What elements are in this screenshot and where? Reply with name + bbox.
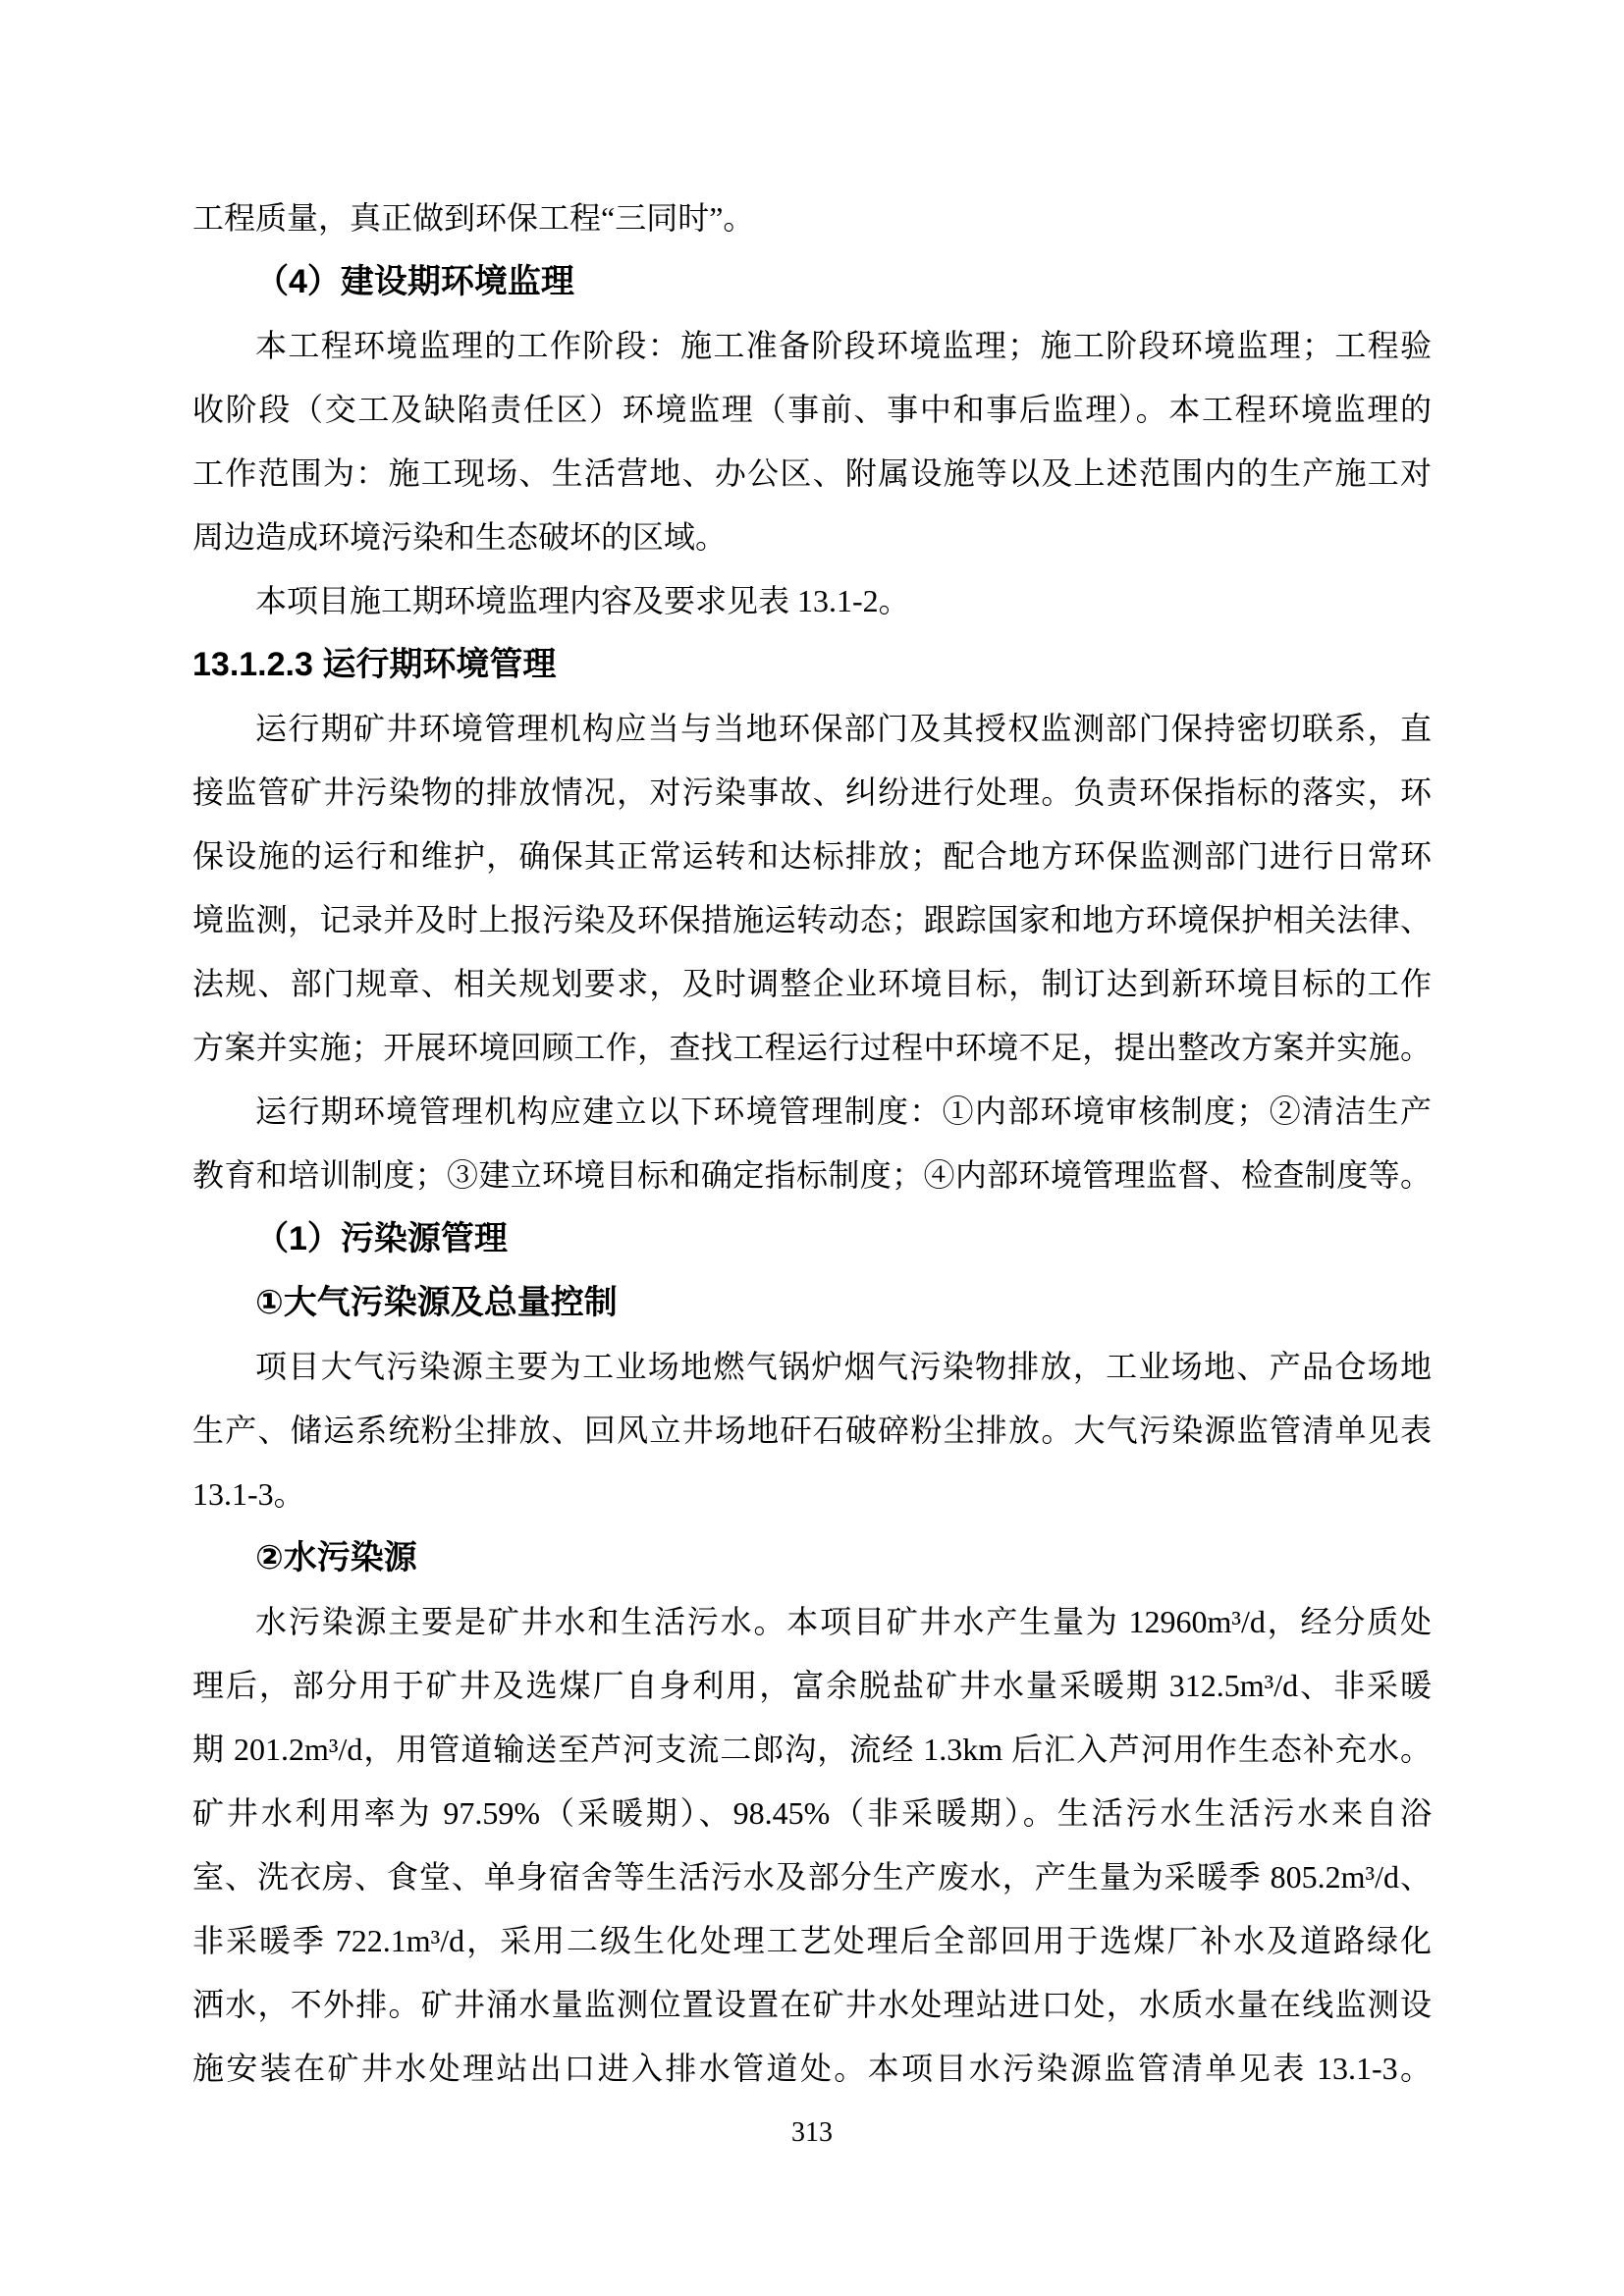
body-line: 洒水，不外排。矿井涌水量监测位置设置在矿井水处理站进口处，水质水量在线监测设 xyxy=(192,1973,1432,2037)
body-line: 接监管矿井污染物的排放情况，对污染事故、纠纷进行处理。负责环保指标的落实，环 xyxy=(192,761,1432,825)
body-line: 保设施的运行和维护，确保其正常运转和达标排放；配合地方环保监测部门进行日常环 xyxy=(192,825,1432,888)
body-line: 运行期环境管理机构应建立以下环境管理制度：①内部环境审核制度；②清洁生产 xyxy=(192,1080,1432,1144)
heading-air-pollution-source: ①大气污染源及总量控制 xyxy=(192,1271,1432,1335)
page-body: 工程质量，真正做到环保工程“三同时”。 （4）建设期环境监理 本工程环境监理的工… xyxy=(192,187,1432,2164)
body-line: 理后，部分用于矿井及选煤厂自身利用，富余脱盐矿井水量采暖期 312.5m³/d、… xyxy=(192,1654,1432,1718)
body-line: 境监测，记录并及时上报污染及环保措施运转动态；跟踪国家和地方环境保护相关法律、 xyxy=(192,888,1432,952)
document-page: 工程质量，真正做到环保工程“三同时”。 （4）建设期环境监理 本工程环境监理的工… xyxy=(0,0,1624,2296)
body-line: 生产、储运系统粉尘排放、回风立井场地矸石破碎粉尘排放。大气污染源监管清单见表 xyxy=(192,1399,1432,1463)
body-line: 期 201.2m³/d，用管道输送至芦河支流二郎沟，流经 1.3km 后汇入芦河… xyxy=(192,1718,1432,1782)
body-line: 本工程环境监理的工作阶段：施工准备阶段环境监理；施工阶段环境监理；工程验 xyxy=(192,314,1432,378)
heading-pollution-source-management: （1）污染源管理 xyxy=(192,1207,1432,1271)
page-number: 313 xyxy=(192,2101,1432,2164)
body-line: 施安装在矿井水处理站出口进入排水管道处。本项目水污染源监管清单见表 13.1-3… xyxy=(192,2037,1432,2101)
body-line: 本项目施工期环境监理内容及要求见表 13.1-2。 xyxy=(192,569,1432,633)
body-line: 室、洗衣房、食堂、单身宿舍等生活污水及部分生产废水，产生量为采暖季 805.2m… xyxy=(192,1845,1432,1909)
body-line: 工程质量，真正做到环保工程“三同时”。 xyxy=(192,187,1432,250)
heading-water-pollution-source: ②水污染源 xyxy=(192,1526,1432,1590)
heading-construction-env-supervision: （4）建设期环境监理 xyxy=(192,250,1432,314)
heading-operation-env-management: 13.1.2.3 运行期环境管理 xyxy=(192,633,1432,697)
body-line: 矿井水利用率为 97.59%（采暖期）、98.45%（非采暖期）。生活污水生活污… xyxy=(192,1782,1432,1845)
body-line: 收阶段（交工及缺陷责任区）环境监理（事前、事中和事后监理）。本工程环境监理的 xyxy=(192,378,1432,442)
body-line: 13.1-3。 xyxy=(192,1463,1432,1526)
body-line: 方案并实施；开展环境回顾工作，查找工程运行过程中环境不足，提出整改方案并实施。 xyxy=(192,1016,1432,1080)
body-line: 非采暖季 722.1m³/d，采用二级生化处理工艺处理后全部回用于选煤厂补水及道… xyxy=(192,1909,1432,1973)
body-line: 工作范围为：施工现场、生活营地、办公区、附属设施等以及上述范围内的生产施工对 xyxy=(192,442,1432,506)
body-line: 项目大气污染源主要为工业场地燃气锅炉烟气污染物排放，工业场地、产品仓场地 xyxy=(192,1335,1432,1399)
body-line: 水污染源主要是矿井水和生活污水。本项目矿井水产生量为 12960m³/d，经分质… xyxy=(192,1590,1432,1654)
body-line: 教育和培训制度；③建立环境目标和确定指标制度；④内部环境管理监督、检查制度等。 xyxy=(192,1144,1432,1207)
body-line: 运行期矿井环境管理机构应当与当地环保部门及其授权监测部门保持密切联系，直 xyxy=(192,697,1432,761)
body-line: 法规、部门规章、相关规划要求，及时调整企业环境目标，制订达到新环境目标的工作 xyxy=(192,952,1432,1016)
body-line: 周边造成环境污染和生态破坏的区域。 xyxy=(192,506,1432,569)
